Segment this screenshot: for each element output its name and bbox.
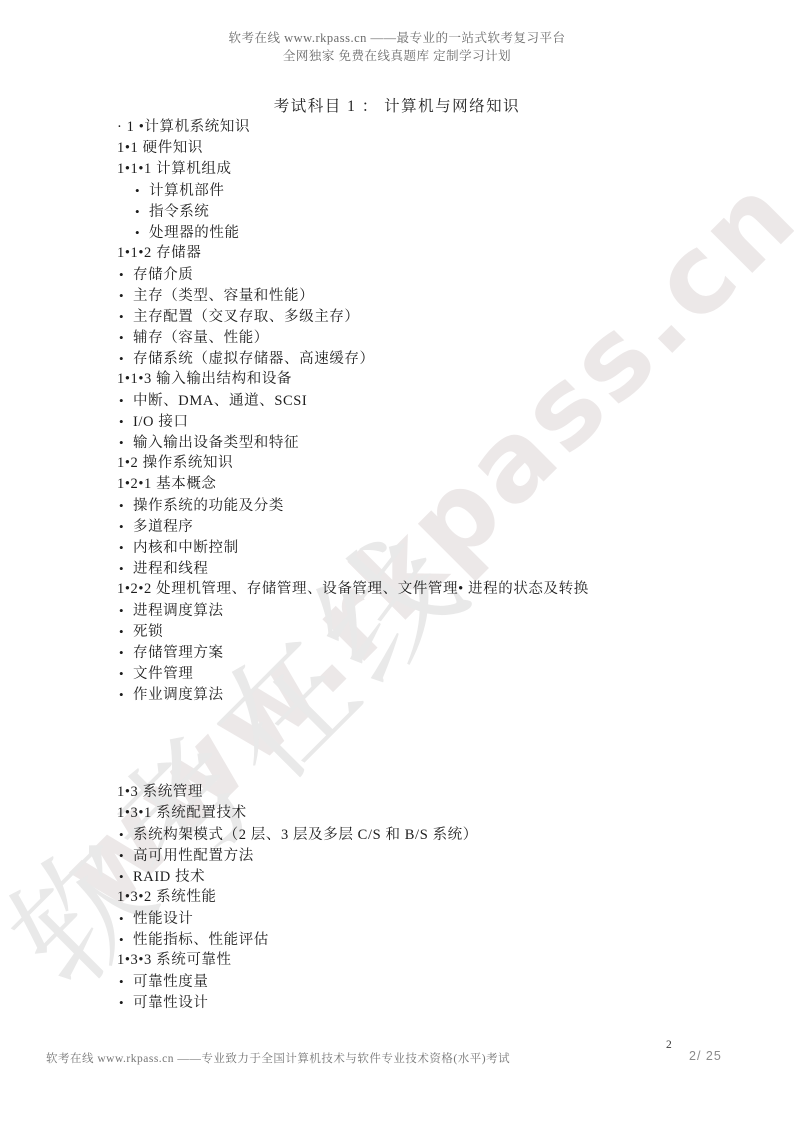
document-page: www.rkpass.cn 软考在线 软考在线 www.rkpass.cn ——…	[0, 0, 794, 1123]
outline-item: 1•2•2 处理机管理、存储管理、设备管理、文件管理• 进程的状态及转换	[117, 579, 589, 600]
outline-item: •可靠性设计	[117, 992, 478, 1013]
outline-item: •输入输出设备类型和特征	[117, 432, 589, 453]
outline-item: •存储系统（虚拟存储器、高速缓存）	[117, 348, 589, 369]
outline-item: •系统构架模式（2 层、3 层及多层 C/S 和 B/S 系统）	[117, 824, 478, 845]
bullet-icon: •	[119, 929, 133, 950]
bullet-icon: •	[135, 180, 149, 201]
outline-item: •指令系统	[117, 201, 589, 222]
outline-item: •进程调度算法	[117, 600, 589, 621]
outline-item: 1•2•1 基本概念	[117, 474, 589, 495]
header-line-2: 全网独家 免费在线真题库 定制学习计划	[0, 46, 794, 64]
outline-item: 1•1•3 输入输出结构和设备	[117, 369, 589, 390]
outline-item: · 1 •计算机系统知识	[117, 117, 589, 138]
bullet-icon: •	[119, 264, 133, 285]
outline-item: •作业调度算法	[117, 684, 589, 705]
bullet-icon: •	[119, 684, 133, 705]
bullet-icon: •	[119, 306, 133, 327]
outline-item: 1•3•3 系统可靠性	[117, 950, 478, 971]
bullet-icon: •	[119, 411, 133, 432]
outline-item: •辅存（容量、性能）	[117, 327, 589, 348]
bullet-icon: •	[119, 537, 133, 558]
bullet-icon: •	[135, 222, 149, 243]
bullet-icon: •	[119, 516, 133, 537]
outline-item: •主存（类型、容量和性能）	[117, 285, 589, 306]
bullet-icon: •	[119, 432, 133, 453]
outline-item: •内核和中断控制	[117, 537, 589, 558]
bullet-icon: •	[119, 285, 133, 306]
outline-item: •高可用性配置方法	[117, 845, 478, 866]
bullet-icon: •	[119, 908, 133, 929]
outline-item: •死锁	[117, 621, 589, 642]
outline-item: •可靠性度量	[117, 971, 478, 992]
bullet-icon: •	[135, 201, 149, 222]
bullet-icon: •	[119, 600, 133, 621]
bullet-icon: •	[119, 390, 133, 411]
outline-item: 1•2 操作系统知识	[117, 453, 589, 474]
page-count: 2/ 25	[689, 1049, 722, 1063]
outline-item: •中断、DMA、通道、SCSI	[117, 390, 589, 411]
outline-item: •存储管理方案	[117, 642, 589, 663]
outline-item: •操作系统的功能及分类	[117, 495, 589, 516]
outline-item: 1•1•2 存储器	[117, 243, 589, 264]
outline-item: 1•1•1 计算机组成	[117, 159, 589, 180]
outline-item: 1•3 系统管理	[117, 782, 478, 803]
bullet-icon: •	[119, 824, 133, 845]
bullet-icon: •	[119, 663, 133, 684]
bullet-icon: •	[119, 971, 133, 992]
outline-item: •性能设计	[117, 908, 478, 929]
outline-item: •文件管理	[117, 663, 589, 684]
outline-item: •处理器的性能	[117, 222, 589, 243]
outline-item: •RAID 技术	[117, 866, 478, 887]
outline-item: 1•1 硬件知识	[117, 138, 589, 159]
outline-item: 1•3•1 系统配置技术	[117, 803, 478, 824]
bullet-icon: •	[119, 992, 133, 1013]
bullet-icon: •	[119, 495, 133, 516]
outline-block-1: · 1 •计算机系统知识 1•1 硬件知识 1•1•1 计算机组成 •计算机部件…	[117, 117, 589, 705]
outline-item: •主存配置（交叉存取、多级主存）	[117, 306, 589, 327]
page-number: 2	[666, 1039, 672, 1051]
bullet-icon: •	[119, 327, 133, 348]
bullet-icon: •	[119, 558, 133, 579]
outline-item: •多道程序	[117, 516, 589, 537]
bullet-icon: •	[119, 866, 133, 887]
bullet-icon: •	[119, 348, 133, 369]
outline-item: •进程和线程	[117, 558, 589, 579]
page-title: 考试科目 1 ： 计算机与网络知识	[0, 94, 794, 116]
header-line-1: 软考在线 www.rkpass.cn ——最专业的一站式软考复习平台	[0, 28, 794, 46]
bullet-icon: •	[119, 621, 133, 642]
outline-block-2: 1•3 系统管理 1•3•1 系统配置技术 •系统构架模式（2 层、3 层及多层…	[117, 782, 478, 1013]
outline-item: •计算机部件	[117, 180, 589, 201]
outline-item: •存储介质	[117, 264, 589, 285]
outline-item: 1•3•2 系统性能	[117, 887, 478, 908]
footer-text: 软考在线 www.rkpass.cn ——专业致力于全国计算机技术与软件专业技术…	[46, 1050, 510, 1066]
bullet-icon: •	[119, 642, 133, 663]
bullet-icon: •	[119, 845, 133, 866]
outline-item: •性能指标、性能评估	[117, 929, 478, 950]
outline-item: •I/O 接口	[117, 411, 589, 432]
